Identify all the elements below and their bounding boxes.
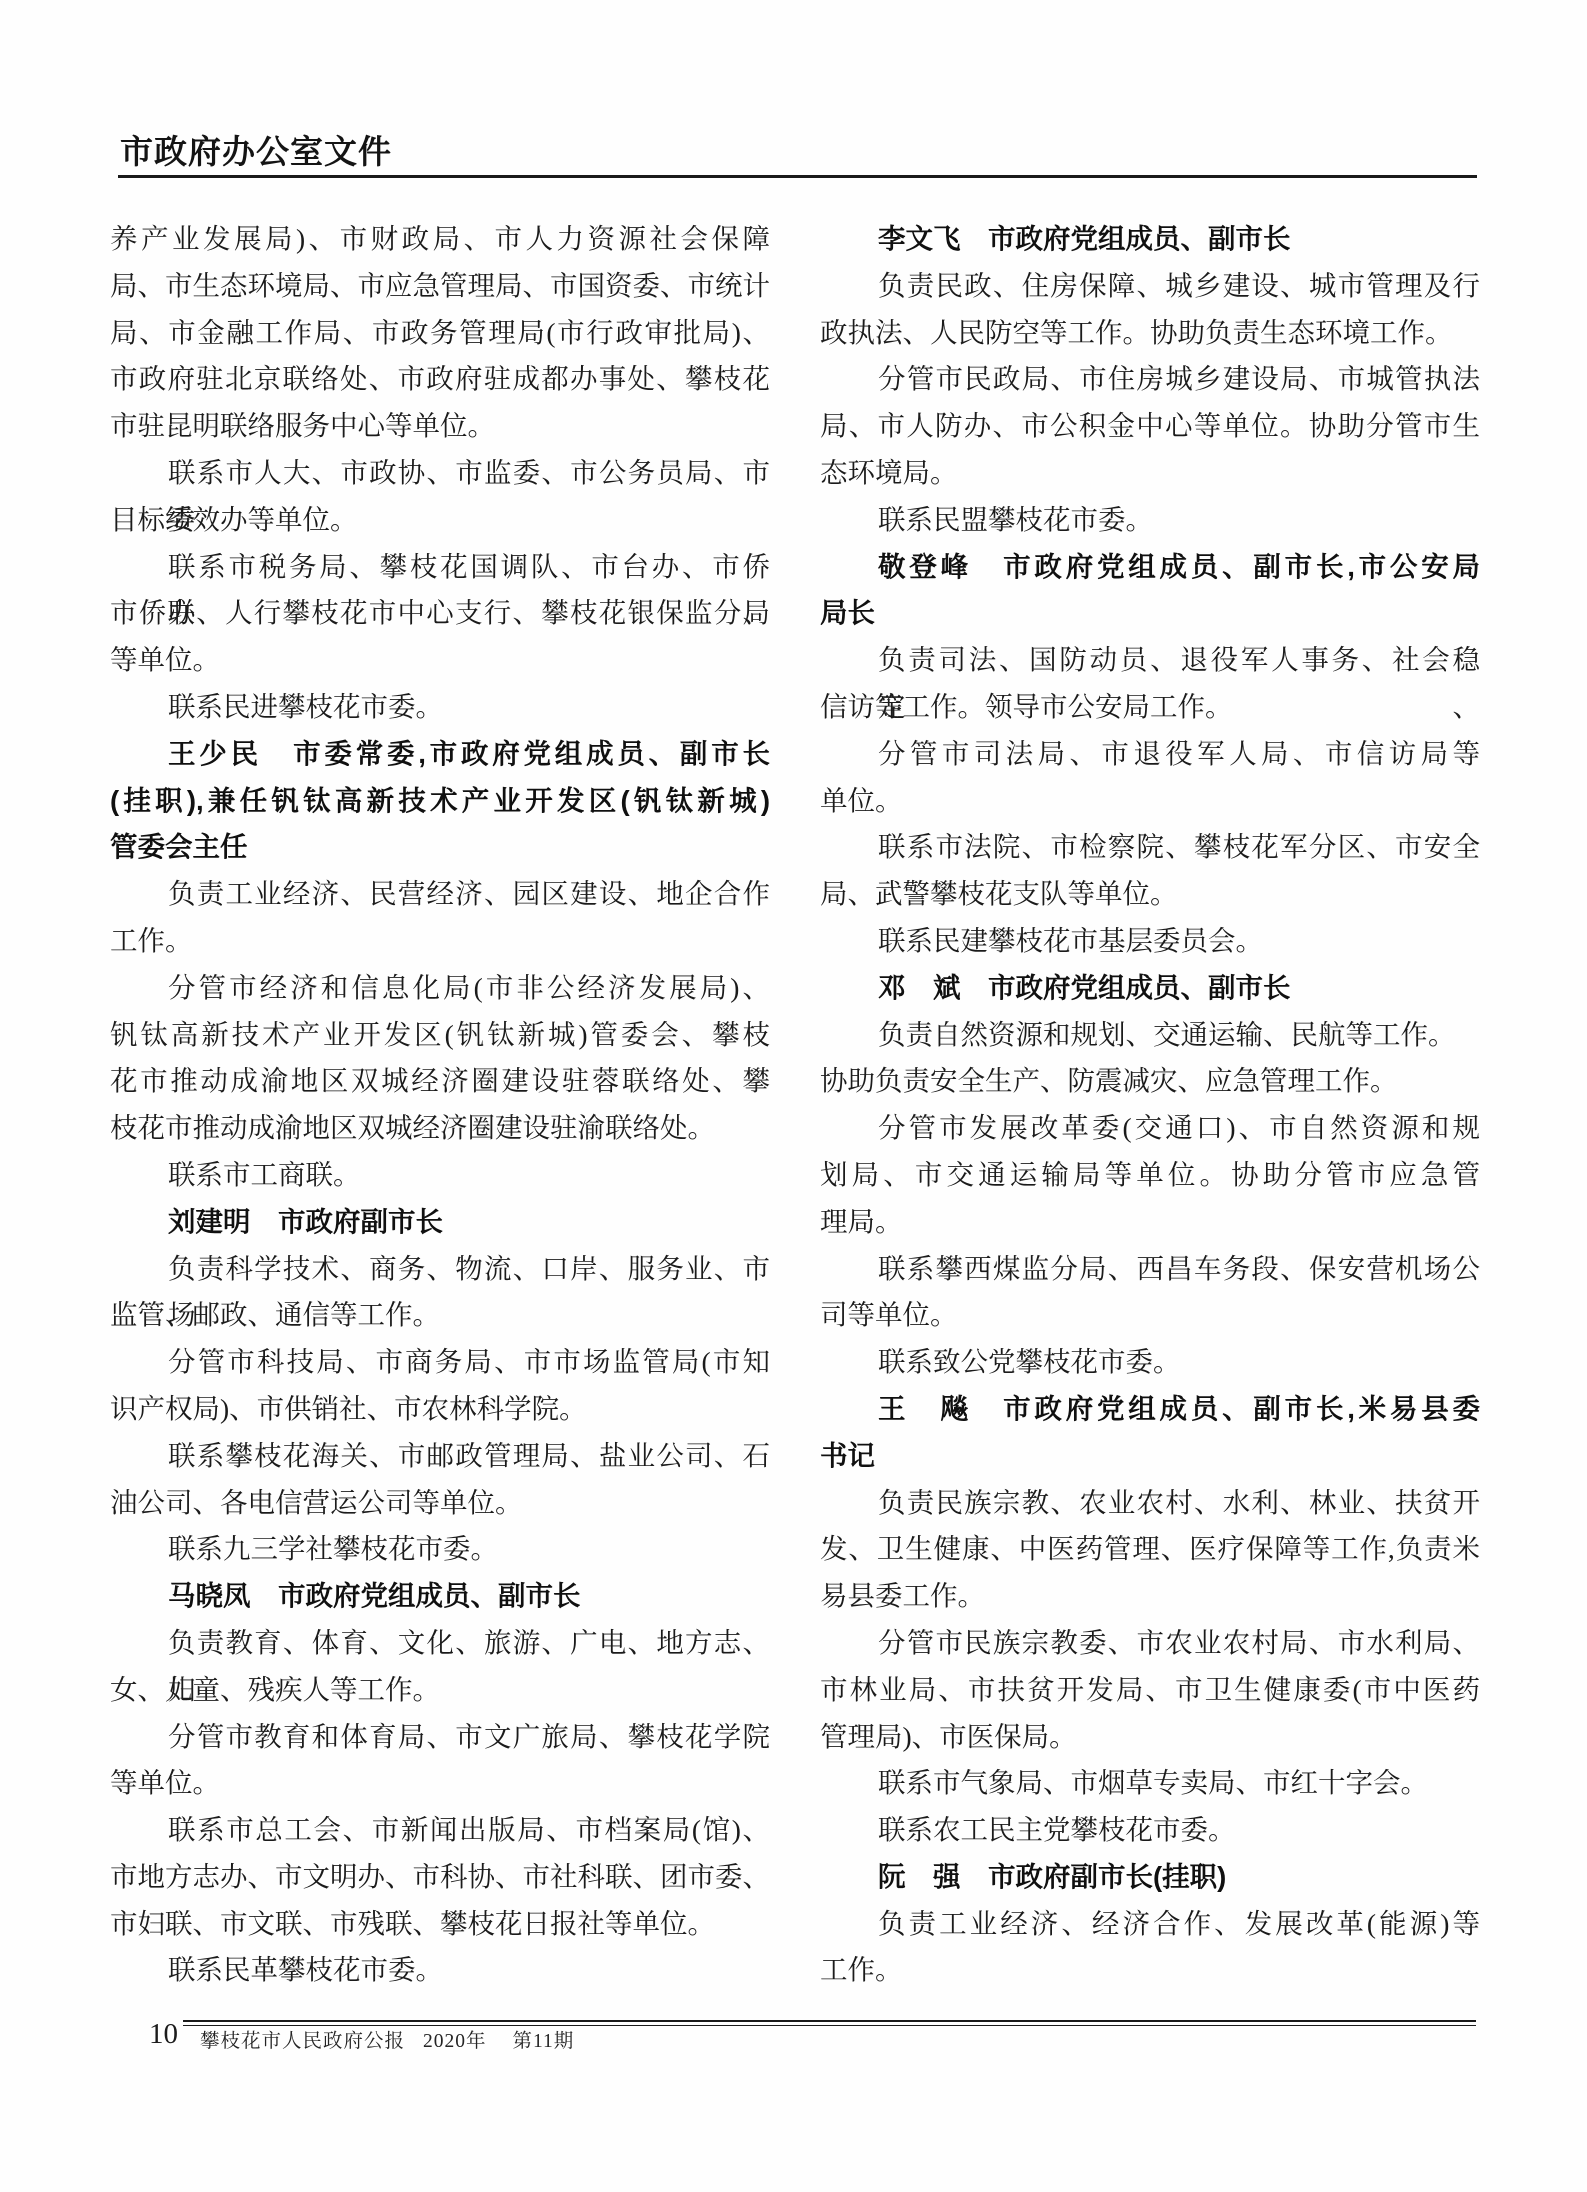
body-text-line: 联系民盟攀枝花市委。 (820, 497, 1480, 544)
body-text-line: 联系九三学社攀枝花市委。 (110, 1526, 770, 1573)
body-text-line: 分管市教育和体育局、市文广旅局、攀枝花学院 (110, 1714, 770, 1761)
body-text-line: 负责司法、国防动员、退役军人事务、社会稳定、 (820, 637, 1480, 684)
body-text-line: 局、市生态环境局、市应急管理局、市国资委、市统计 (110, 263, 770, 310)
body-text-line: 负责民族宗教、农业农村、水利、林业、扶贫开 (820, 1480, 1480, 1527)
body-text-line: 联系农工民主党攀枝花市委。 (820, 1807, 1480, 1854)
body-text-line: 管理局)、市医保局。 (820, 1714, 1480, 1761)
body-text-line: 负责自然资源和规划、交通运输、民航等工作。 (820, 1012, 1480, 1059)
body-text-line: 养产业发展局)、市财政局、市人力资源社会保障 (110, 216, 770, 263)
body-text-line: 分管市司法局、市退役军人局、市信访局等 (820, 731, 1480, 778)
body-text-line: 发、卫生健康、中医药管理、医疗保障等工作,负责米 (820, 1526, 1480, 1573)
official-heading-line: 马晓凤 市政府党组成员、副市长 (110, 1573, 770, 1620)
body-text-line: 工作。 (110, 918, 770, 965)
body-text-line: 等单位。 (110, 637, 770, 684)
body-text-line: 女、儿童、残疾人等工作。 (110, 1667, 770, 1714)
body-text-line: 联系市气象局、市烟草专卖局、市红十字会。 (820, 1760, 1480, 1807)
body-text-line: 钒钛高新技术产业开发区(钒钛新城)管委会、攀枝 (110, 1012, 770, 1059)
body-text-line: 单位。 (820, 778, 1480, 825)
body-text-line: 联系市总工会、市新闻出版局、市档案局(馆)、 (110, 1807, 770, 1854)
body-text-line: 分管市民族宗教委、市农业农村局、市水利局、 (820, 1620, 1480, 1667)
body-text-line: 枝花市推动成渝地区双城经济圈建设驻渝联络处。 (110, 1105, 770, 1152)
body-text-line: 政执法、人民防空等工作。协助负责生态环境工作。 (820, 310, 1480, 357)
footer-journal-title: 攀枝花市人民政府公报 (200, 2031, 405, 2052)
body-text-line: 分管市发展改革委(交通口)、市自然资源和规 (820, 1105, 1480, 1152)
body-text-line: 分管市经济和信息化局(市非公经济发展局)、 (110, 965, 770, 1012)
body-text-line: 司等单位。 (820, 1292, 1480, 1339)
body-text-line: 市妇联、市文联、市残联、攀枝花日报社等单位。 (110, 1901, 770, 1948)
body-text-line: 工作。 (820, 1947, 1480, 1994)
body-text-line: 油公司、各电信营运公司等单位。 (110, 1480, 770, 1527)
body-text-line: 局、市金融工作局、市政务管理局(市行政审批局)、 (110, 310, 770, 357)
body-text-line: 联系攀枝花海关、市邮政管理局、盐业公司、石 (110, 1433, 770, 1480)
body-text-line: 态环境局。 (820, 450, 1480, 497)
body-text-line: 联系攀西煤监分局、西昌车务段、保安营机场公 (820, 1246, 1480, 1293)
body-text-line: 等单位。 (110, 1760, 770, 1807)
footer-rule (183, 2020, 1476, 2026)
body-text-line: 负责工业经济、民营经济、园区建设、地企合作 (110, 871, 770, 918)
column-left: 养产业发展局)、市财政局、市人力资源社会保障局、市生态环境局、市应急管理局、市国… (110, 216, 770, 1994)
body-text-line: 市驻昆明联络服务中心等单位。 (110, 403, 770, 450)
official-heading-line: 刘建明 市政府副市长 (110, 1199, 770, 1246)
body-text-line: 易县委工作。 (820, 1573, 1480, 1620)
body-text-line: 协助负责安全生产、防震减灾、应急管理工作。 (820, 1058, 1480, 1105)
body-text-line: 负责民政、住房保障、城乡建设、城市管理及行 (820, 263, 1480, 310)
official-heading-line: 阮 强 市政府副市长(挂职) (820, 1854, 1480, 1901)
body-text-line: 市林业局、市扶贫开发局、市卫生健康委(市中医药 (820, 1667, 1480, 1714)
official-heading-line: 管委会主任 (110, 824, 770, 871)
page-title: 市政府办公室文件 (120, 132, 392, 172)
official-heading-line: 书记 (820, 1433, 1480, 1480)
body-text-line: 局、武警攀枝花支队等单位。 (820, 871, 1480, 918)
body-text-line: 联系市人大、市政协、市监委、市公务员局、市委 (110, 450, 770, 497)
body-text-line: 监管、邮政、通信等工作。 (110, 1292, 770, 1339)
footer-page-number: 10 (149, 2017, 178, 2051)
body-text-line: 识产权局)、市供销社、市农林科学院。 (110, 1386, 770, 1433)
body-text-line: 市政府驻北京联络处、市政府驻成都办事处、攀枝花 (110, 356, 770, 403)
official-heading-line: 李文飞 市政府党组成员、副市长 (820, 216, 1480, 263)
footer-caption: 攀枝花市人民政府公报2020年第11期 (200, 2029, 574, 2055)
body-text-line: 局、市人防办、市公积金中心等单位。协助分管市生 (820, 403, 1480, 450)
body-text-line: 联系民建攀枝花市基层委员会。 (820, 918, 1480, 965)
official-heading-line: 王少民 市委常委,市政府党组成员、副市长 (110, 731, 770, 778)
body-text-line: 联系民进攀枝花市委。 (110, 684, 770, 731)
body-text-line: 分管市科技局、市商务局、市市场监管局(市知 (110, 1339, 770, 1386)
body-text-line: 市侨联、人行攀枝花市中心支行、攀枝花银保监分局 (110, 590, 770, 637)
document-page: 市政府办公室文件 养产业发展局)、市财政局、市人力资源社会保障局、市生态环境局、… (0, 0, 1587, 2192)
body-text-line: 负责科学技术、商务、物流、口岸、服务业、市场 (110, 1246, 770, 1293)
body-text-line: 负责工业经济、经济合作、发展改革(能源)等 (820, 1901, 1480, 1948)
body-text-line: 分管市民政局、市住房城乡建设局、市城管执法 (820, 356, 1480, 403)
body-text-line: 市地方志办、市文明办、市科协、市社科联、团市委、 (110, 1854, 770, 1901)
official-heading-line: 王 飚 市政府党组成员、副市长,米易县委 (820, 1386, 1480, 1433)
footer-issue: 第11期 (513, 2031, 575, 2052)
body-text-line: 联系致公党攀枝花市委。 (820, 1339, 1480, 1386)
body-text-line: 负责教育、体育、文化、旅游、广电、地方志、妇 (110, 1620, 770, 1667)
official-heading-line: 邓 斌 市政府党组成员、副市长 (820, 965, 1480, 1012)
body-text-line: 划局、市交通运输局等单位。协助分管市应急管 (820, 1152, 1480, 1199)
body-text-line: 目标绩效办等单位。 (110, 497, 770, 544)
body-text-line: 联系市工商联。 (110, 1152, 770, 1199)
body-text-line: 联系民革攀枝花市委。 (110, 1947, 770, 1994)
body-text-line: 理局。 (820, 1199, 1480, 1246)
header-rule (118, 175, 1477, 178)
body-text-line: 花市推动成渝地区双城经济圈建设驻蓉联络处、攀 (110, 1058, 770, 1105)
official-heading-line: 局长 (820, 590, 1480, 637)
column-right: 李文飞 市政府党组成员、副市长负责民政、住房保障、城乡建设、城市管理及行政执法、… (820, 216, 1480, 1994)
body-text-line: 联系市税务局、攀枝花国调队、市台办、市侨办、 (110, 544, 770, 591)
official-heading-line: 敬登峰 市政府党组成员、副市长,市公安局 (820, 544, 1480, 591)
official-heading-line: (挂职),兼任钒钛高新技术产业开发区(钒钛新城) (110, 778, 770, 825)
footer-year: 2020年 (423, 2031, 487, 2052)
body-text-line: 联系市法院、市检察院、攀枝花军分区、市安全 (820, 824, 1480, 871)
